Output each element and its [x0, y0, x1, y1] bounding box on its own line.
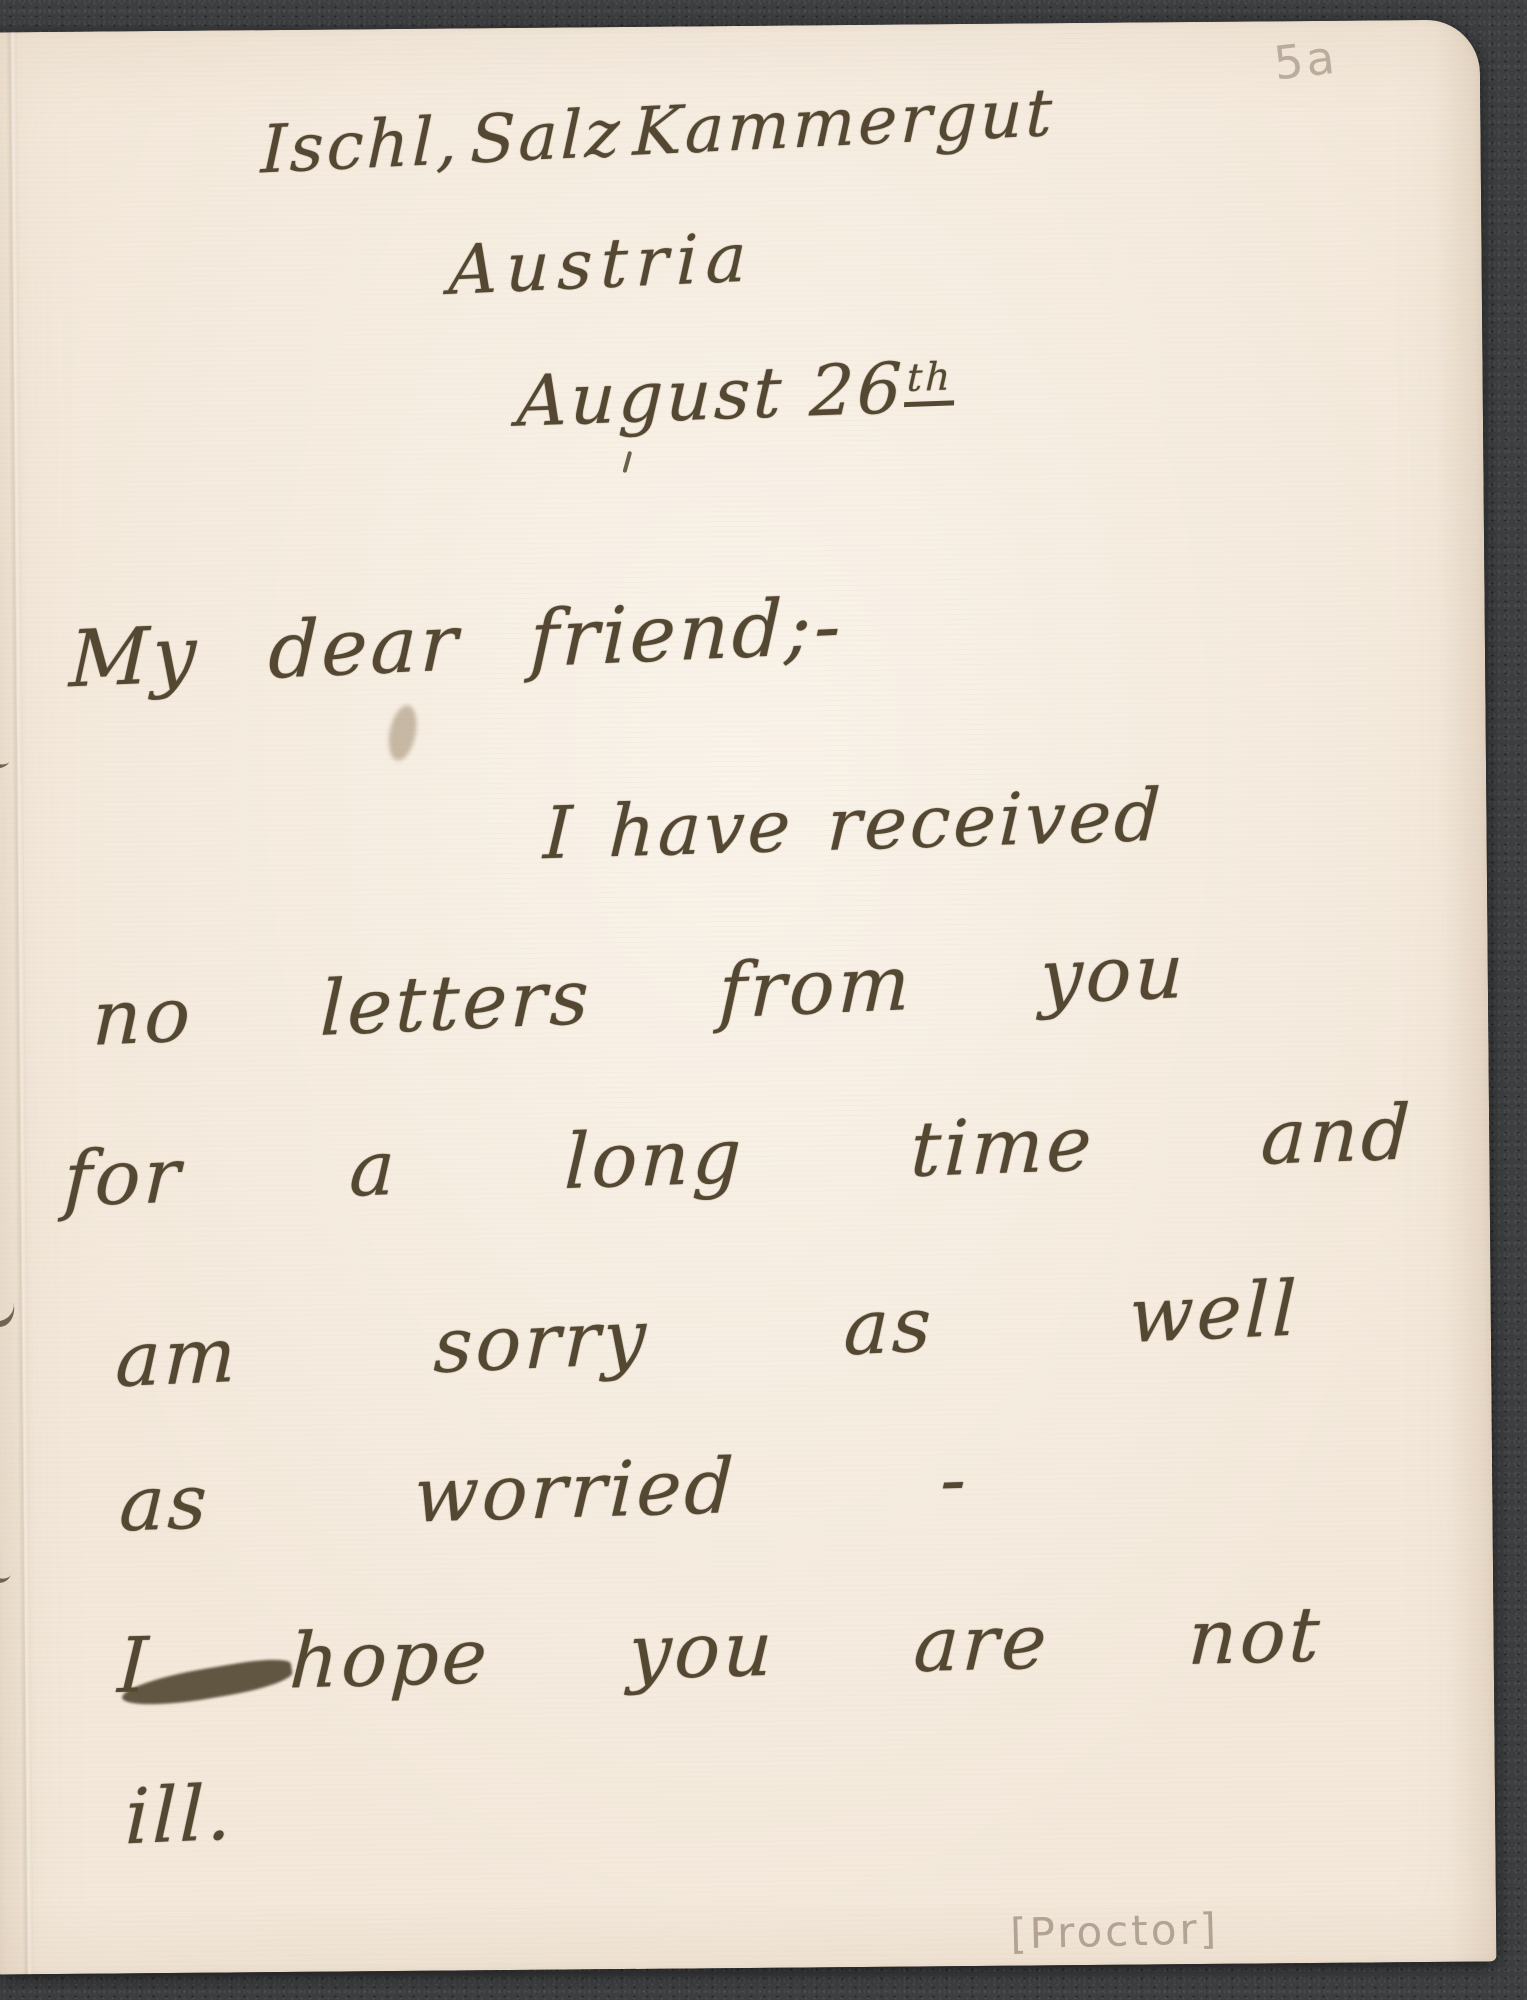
date-ordinal-suffix: th	[904, 354, 956, 407]
heading-location-line: Ischl,SalzKammergut	[260, 78, 1056, 185]
body-line: Ihopeyouarenot	[116, 1594, 1324, 1705]
edge-ink-mark	[0, 1560, 14, 1587]
heading-date-line: August 26th	[516, 350, 956, 439]
body-line: foralongtimeand	[62, 1092, 1414, 1219]
date-text: August 26	[515, 347, 906, 443]
letter-paper: 5a Ischl,SalzKammergut Austria August 26…	[0, 20, 1496, 1975]
body-line: Ihavereceived	[542, 778, 1165, 872]
stray-ink-tick	[622, 451, 632, 473]
body-line: asworried-	[118, 1439, 971, 1544]
pencil-folio-number: 5a	[1271, 34, 1339, 87]
body-line: ill.	[124, 1772, 235, 1857]
body-line: amsorryaswell	[114, 1268, 1300, 1400]
pencil-attribution: [Proctor]	[1010, 1908, 1220, 1955]
fold-crease	[6, 32, 34, 1974]
body-line: nolettersfromyou	[91, 931, 1187, 1059]
photograph-background: 5a Ischl,SalzKammergut Austria August 26…	[0, 0, 1527, 2000]
heading-country-line: Austria	[448, 222, 756, 307]
salutation-line: Mydearfriend;-	[68, 586, 844, 702]
ink-blot	[384, 703, 421, 763]
